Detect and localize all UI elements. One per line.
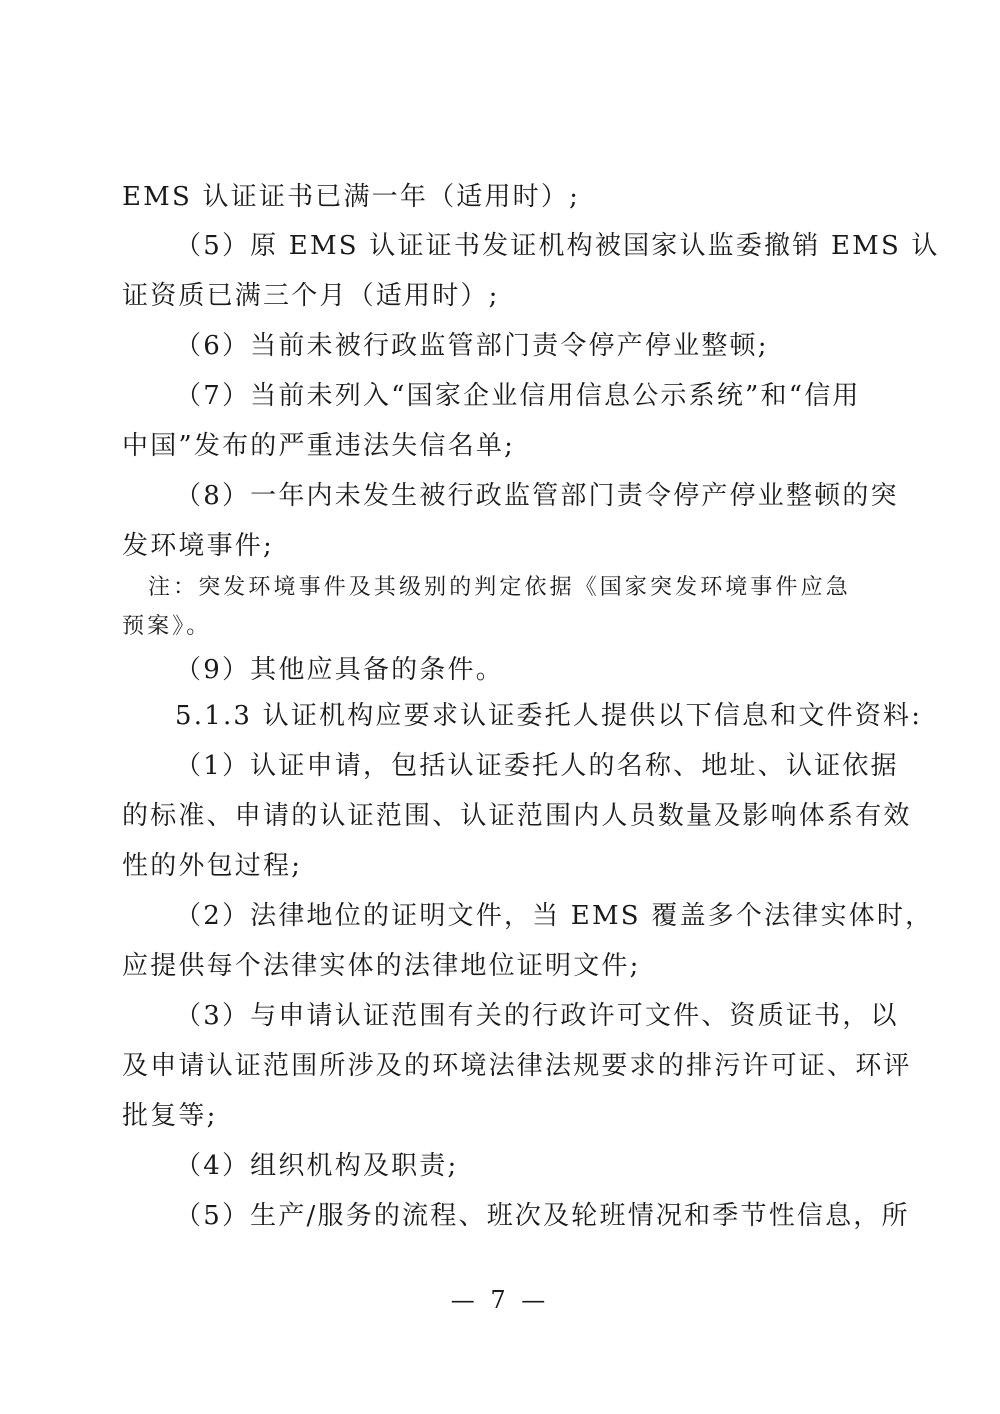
text-line: 批复等; — [122, 1099, 882, 1133]
list-item-3: （3）与申请认证范围有关的行政许可文件、资质证书，以 — [175, 999, 882, 1033]
list-item-9: （9）其他应具备的条件。 — [175, 653, 882, 687]
text-line: 性的外包过程; — [122, 849, 882, 883]
note-text: 预案》。 — [122, 610, 882, 644]
list-item-4: （4）组织机构及职责; — [175, 1149, 882, 1183]
document-page: EMS 认证证书已满一年（适用时）; （5）原 EMS 认证证书发证机构被国家认… — [0, 0, 1000, 1414]
list-item-5: （5）原 EMS 认证证书发证机构被国家认监委撤销 EMS 认 — [175, 229, 882, 263]
note-text: 注：突发环境事件及其级别的判定依据《国家突发环境事件应急 — [148, 571, 908, 605]
text-line: 发环境事件; — [122, 529, 882, 563]
list-item-7: （7）当前未列入“国家企业信用信息公示系统”和“信用 — [175, 379, 882, 413]
text-line: 的标准、申请的认证范围、认证范围内人员数量及影响体系有效 — [122, 799, 882, 833]
text-line: 及申请认证范围所涉及的环境法律法规要求的排污许可证、环评 — [122, 1049, 882, 1083]
list-item-2: （2）法律地位的证明文件，当 EMS 覆盖多个法律实体时， — [175, 899, 882, 933]
list-item-5b: （5）生产/服务的流程、班次及轮班情况和季节性信息，所 — [175, 1199, 882, 1233]
page-number: — 7 — — [0, 1286, 1000, 1314]
text-line: 中国”发布的严重违法失信名单; — [122, 429, 882, 463]
list-item-1: （1）认证申请，包括认证委托人的名称、地址、认证依据 — [175, 749, 882, 783]
clause-heading: 5.1.3 认证机构应要求认证委托人提供以下信息和文件资料: — [175, 699, 882, 733]
list-item-8: （8）一年内未发生被行政监管部门责令停产停业整顿的突 — [175, 479, 882, 513]
text-line: EMS 认证证书已满一年（适用时）; — [122, 180, 882, 214]
list-item-6: （6）当前未被行政监管部门责令停产停业整顿; — [175, 329, 882, 363]
text-line: 应提供每个法律实体的法律地位证明文件; — [122, 949, 882, 983]
text-line: 证资质已满三个月（适用时）; — [122, 279, 882, 313]
